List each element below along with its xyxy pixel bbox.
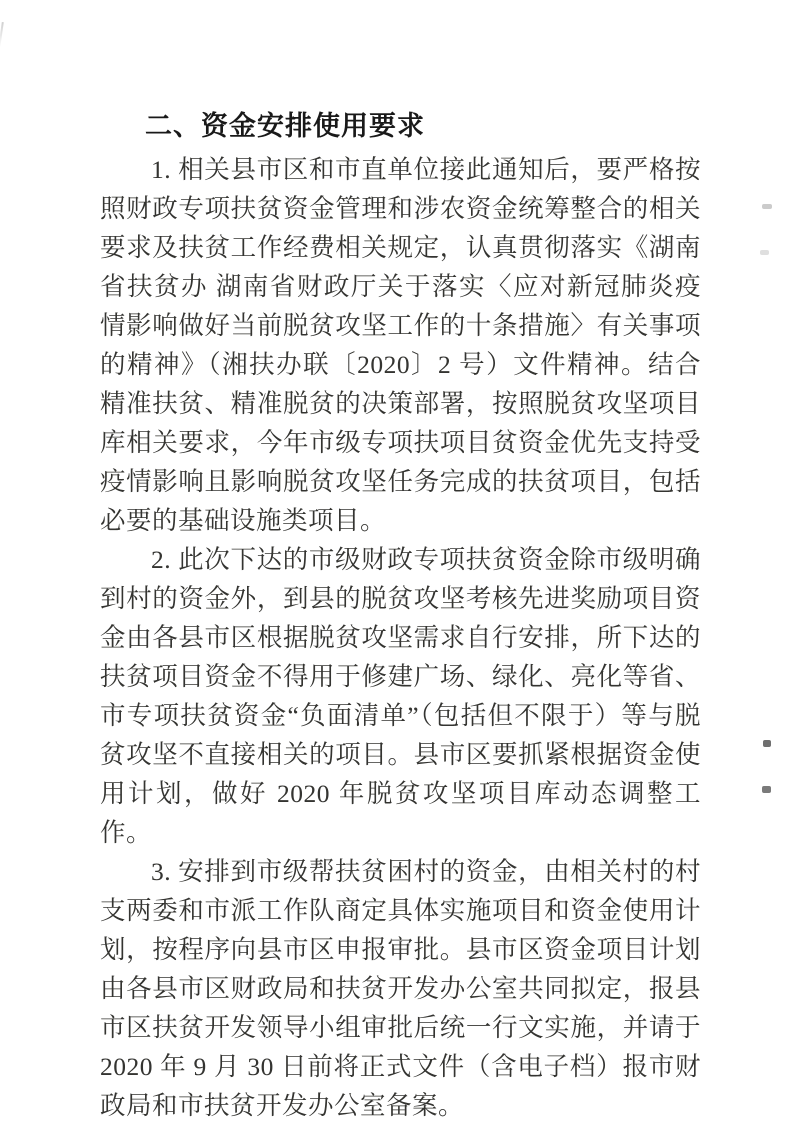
scan-speck <box>762 786 771 793</box>
scan-edge-smudge <box>0 22 4 48</box>
paragraph-3: 3. 安排到市级帮扶贫困村的资金，由相关村的村支两委和市派工作队商定具体实施项目… <box>100 852 701 1121</box>
scan-speck <box>762 204 772 209</box>
scan-speck <box>760 250 769 255</box>
scanned-document-page: 二、资金安排使用要求 1. 相关县市区和市直单位接此通知后，要严格按照财政专项扶… <box>0 0 793 1121</box>
scan-speck <box>763 740 771 747</box>
paragraph-2: 2. 此次下达的市级财政专项扶贫资金除市级明确到村的资金外，到县的脱贫攻坚考核先… <box>100 540 701 852</box>
section-heading: 二、资金安排使用要求 <box>100 106 701 146</box>
document-body: 二、资金安排使用要求 1. 相关县市区和市直单位接此通知后，要严格按照财政专项扶… <box>100 106 701 1121</box>
paragraph-1: 1. 相关县市区和市直单位接此通知后，要严格按照财政专项扶贫资金管理和涉农资金统… <box>100 150 701 540</box>
